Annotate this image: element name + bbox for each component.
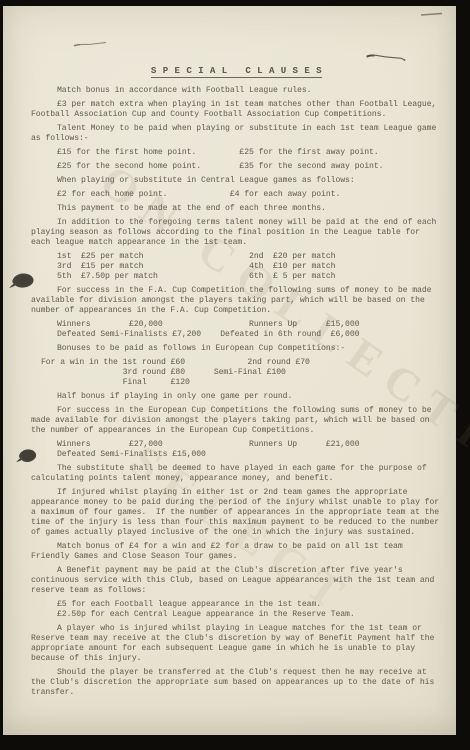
- tabular-block: 1st £25 per match 2nd £20 per match3rd £…: [57, 252, 442, 282]
- paragraph: Match bonus in accordance with Football …: [31, 86, 442, 96]
- tabular-line: 3rd round £80 Semi-Final £100: [41, 368, 442, 378]
- paragraph: When playing or substitute in Central Le…: [31, 176, 442, 186]
- tabular-line: £25 for the second home point. £35 for t…: [57, 162, 442, 172]
- tabular-block: £2 for each home point. £4 for each away…: [57, 190, 442, 200]
- paragraph: This payment to be made at the end of ea…: [31, 204, 442, 214]
- paragraph: A player who is injured whilst playing i…: [31, 624, 442, 664]
- ink-blot-upper: [9, 271, 35, 295]
- document-body: S P E C I A L C L A U S E SMatch bonus i…: [31, 66, 442, 698]
- pen-mark-right: [365, 50, 407, 68]
- paragraph: Bonuses to be paid as follows in Europea…: [31, 344, 442, 354]
- ink-blot-lower: [16, 447, 37, 469]
- tabular-line: Winners £20,000 Runners Up £15,000: [57, 320, 442, 330]
- tabular-line: 5th £7.50p per match 6th £ 5 per match: [57, 272, 442, 282]
- page-title: S P E C I A L C L A U S E S: [151, 66, 322, 78]
- paragraph: Talent Money to be paid when playing or …: [31, 124, 442, 144]
- tabular-block: Winners £27,000 Runners Up £21,000Defeat…: [57, 440, 442, 460]
- tabular-block: £15 for the first home point. £25 for th…: [57, 148, 442, 158]
- tabular-block: Winners £20,000 Runners Up £15,000Defeat…: [57, 320, 442, 340]
- tabular-line: £2 for each home point. £4 for each away…: [57, 190, 442, 200]
- pen-mark-left: [73, 36, 107, 54]
- paragraph: £3 per match extra when playing in 1st t…: [31, 100, 442, 120]
- tabular-line: £5 for each Football league appearance i…: [57, 600, 442, 610]
- tabular-line: £15 for the first home point. £25 for th…: [57, 148, 442, 158]
- paragraph: Match bonus of £4 for a win and £2 for a…: [31, 542, 442, 562]
- tabular-line: For a win in the 1st round £60 2nd round…: [41, 358, 442, 368]
- paragraph: Should the player be transferred at the …: [31, 668, 442, 698]
- tabular-line: 1st £25 per match 2nd £20 per match: [57, 252, 442, 262]
- paragraph: In addition to the foregoing terms talen…: [31, 218, 442, 248]
- tabular-line: Final £120: [41, 378, 442, 388]
- paragraph: For success in the F.A. Cup Competition …: [31, 286, 442, 316]
- paragraph: Half bonus if playing in only one game p…: [31, 392, 442, 402]
- tabular-line: £2.50p for each Central League appearanc…: [57, 610, 442, 620]
- pen-mark-top: [421, 4, 443, 22]
- tabular-block: For a win in the 1st round £60 2nd round…: [41, 358, 442, 388]
- paragraph: A Benefit payment may be paid at the Clu…: [31, 566, 442, 596]
- tabular-line: Defeated Semi-Finalists £7,200 Defeated …: [57, 330, 442, 340]
- paragraph: The substitute shall be deemed to have p…: [31, 464, 442, 484]
- tabular-line: Defeated Semi-Finalists £15,000: [57, 450, 442, 460]
- tabular-block: £25 for the second home point. £35 for t…: [57, 162, 442, 172]
- paragraph: For success in the European Cup Competit…: [31, 406, 442, 436]
- scanned-page: ON COLLECTION SELECT S P E C I A L C L A…: [3, 6, 456, 735]
- tabular-block: £5 for each Football league appearance i…: [57, 600, 442, 620]
- tabular-line: Winners £27,000 Runners Up £21,000: [57, 440, 442, 450]
- paragraph: If injured whilst playing in either 1st …: [31, 488, 442, 538]
- tabular-line: 3rd £15 per match 4th £10 per match: [57, 262, 442, 272]
